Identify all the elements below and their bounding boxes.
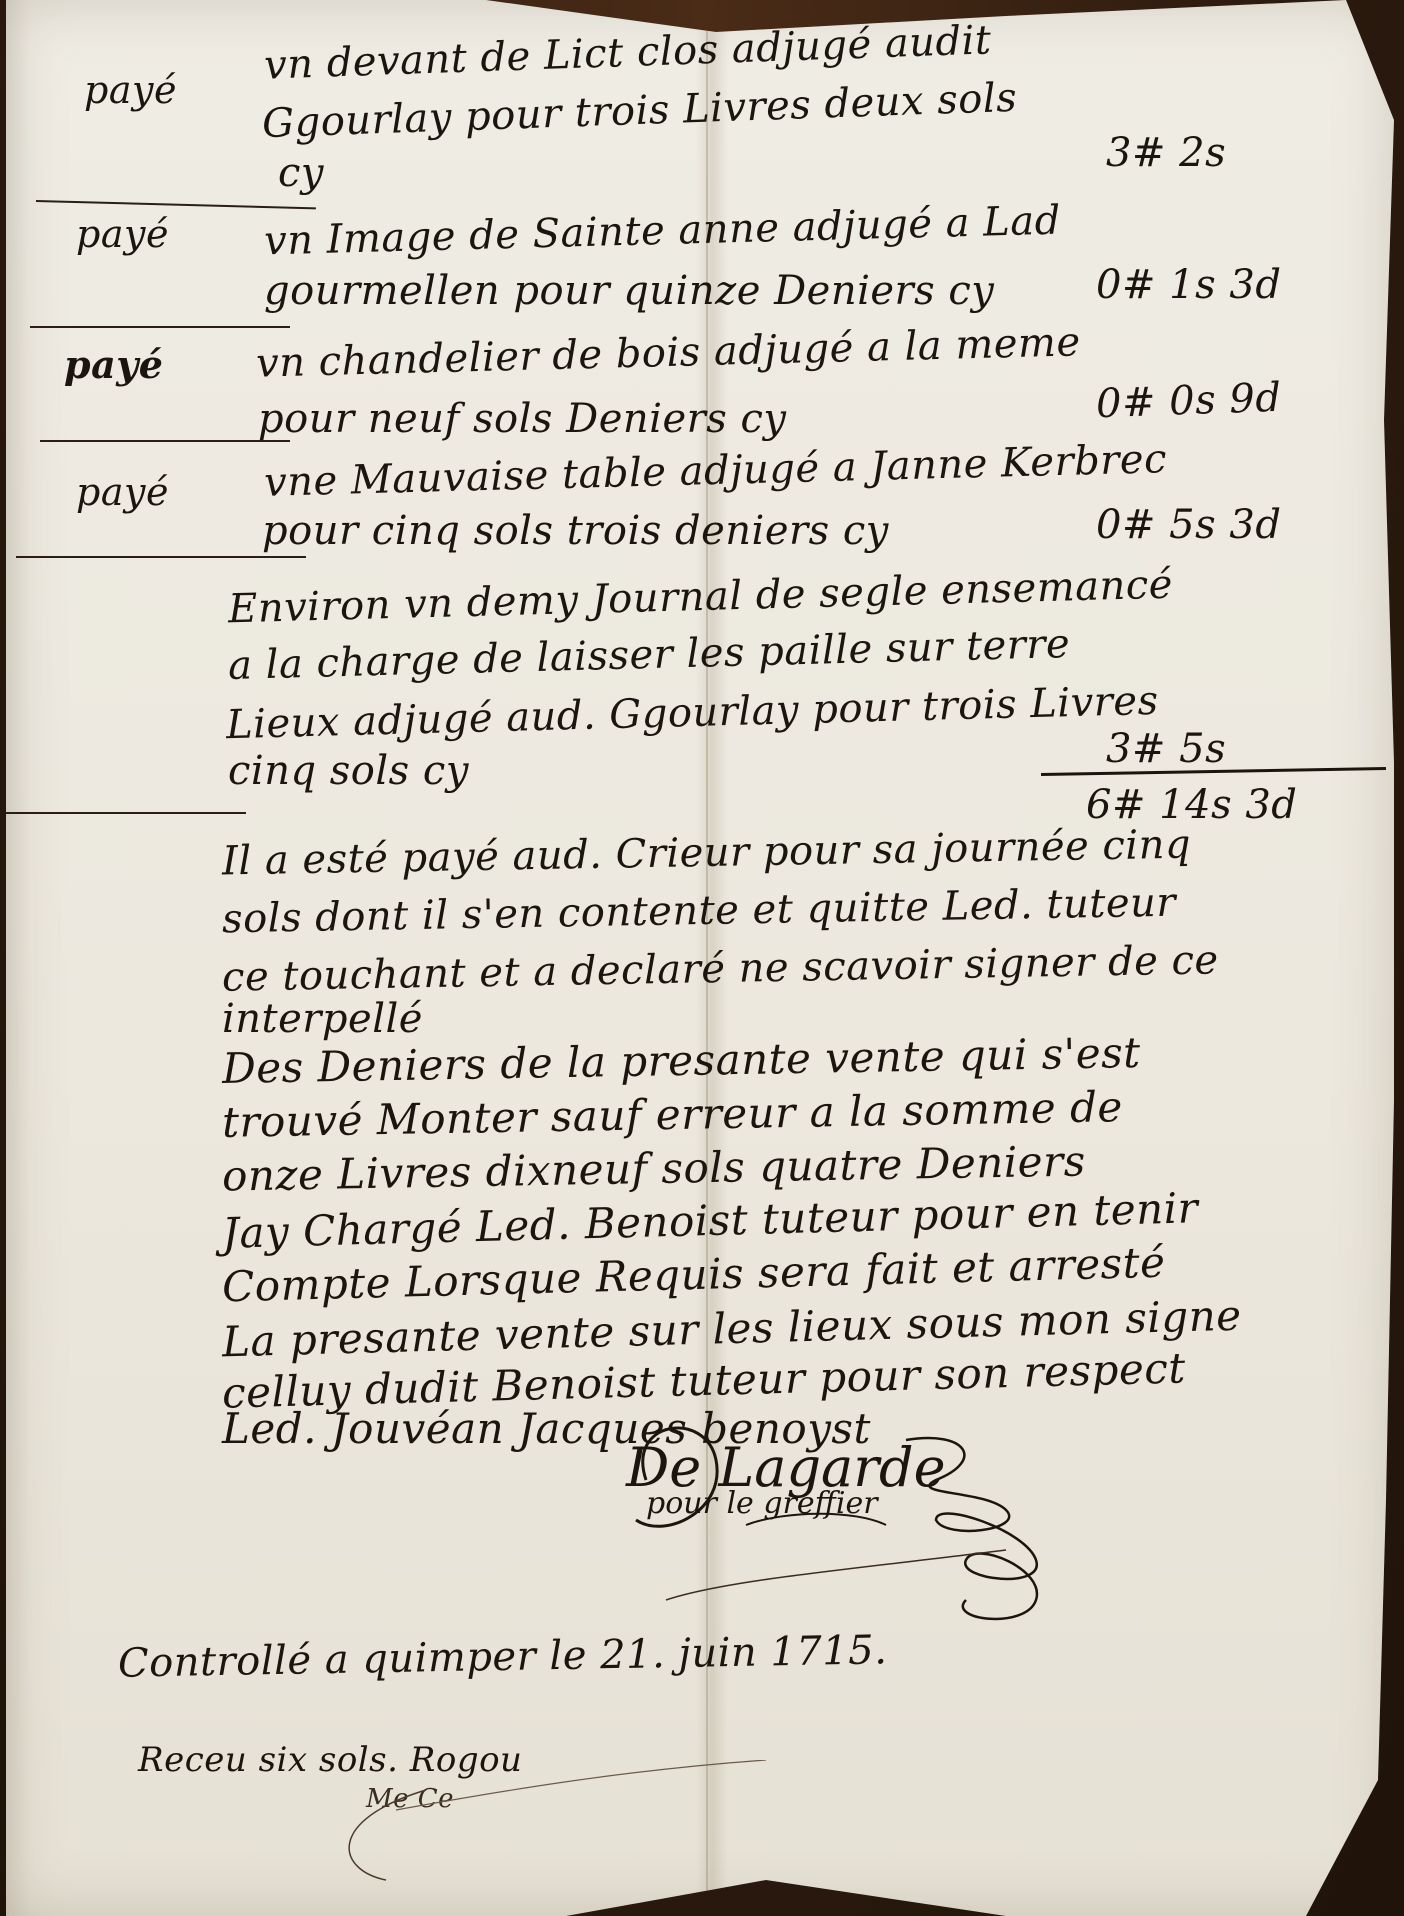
entry-3-line-1: vn chandelier de bois adjugé a la meme — [256, 319, 1082, 387]
entry-1-line-2: Ggourlay pour trois Livres deux sols — [261, 75, 1017, 147]
entry-5-line-3: Lieux adjugé aud. Ggourlay pour trois Li… — [226, 678, 1160, 748]
entry-divider — [40, 440, 290, 442]
entry-4-amount: 0# 5s 3d — [1096, 502, 1281, 548]
section-divider — [6, 812, 246, 814]
entry-5-line-2: a la charge de laisser les paille sur te… — [228, 621, 1071, 689]
margin-note-paid-4: payé — [76, 470, 169, 514]
margin-note-paid-1: payé — [84, 68, 177, 112]
entry-1-line-3: cy — [278, 150, 324, 196]
entry-divider — [30, 326, 290, 328]
entry-1-amount: 3# 2s — [1106, 130, 1226, 176]
entry-1-line-1: vn devant de Lict clos adjugé audit — [263, 17, 992, 88]
entry-divider — [36, 200, 316, 209]
entry-2-line-2: gourmellen pour quinze Deniers cy — [264, 268, 994, 314]
narrative-line-3: ce touchant et a declaré ne scavoir sign… — [222, 937, 1219, 1000]
narrative-line-4: interpellé — [222, 996, 423, 1042]
narrative-line-2: sols dont il s'en contente et quitte Led… — [222, 880, 1177, 943]
entry-2-amount: 0# 1s 3d — [1096, 262, 1281, 308]
margin-note-paid-3: payé — [64, 342, 163, 387]
narrative-line-6: trouvé Monter sauf erreur a la somme de — [222, 1082, 1123, 1147]
narrative-line-1: Il a esté payé aud. Crieur pour sa journ… — [222, 822, 1192, 885]
entry-3-line-2: pour neuf sols Deniers cy — [258, 396, 786, 442]
total-amount: 6# 14s 3d — [1086, 782, 1297, 828]
entry-2-line-1: vn Image de Sainte anne adjugé a Lad — [264, 198, 1062, 265]
entry-5-amount: 3# 5s — [1106, 726, 1226, 772]
entry-4-line-1: vne Mauvaise table adjugé a Janne Kerbre… — [264, 436, 1168, 506]
entry-3-amount: 0# 0s 9d — [1095, 375, 1282, 427]
manuscript-page: payé vn devant de Lict clos adjugé audit… — [6, 0, 1394, 1916]
entry-divider — [16, 556, 306, 558]
entry-4-line-2: pour cinq sols trois deniers cy — [262, 508, 889, 554]
entry-5-line-4: cinq sols cy — [228, 748, 469, 794]
margin-note-paid-2: payé — [76, 212, 169, 256]
